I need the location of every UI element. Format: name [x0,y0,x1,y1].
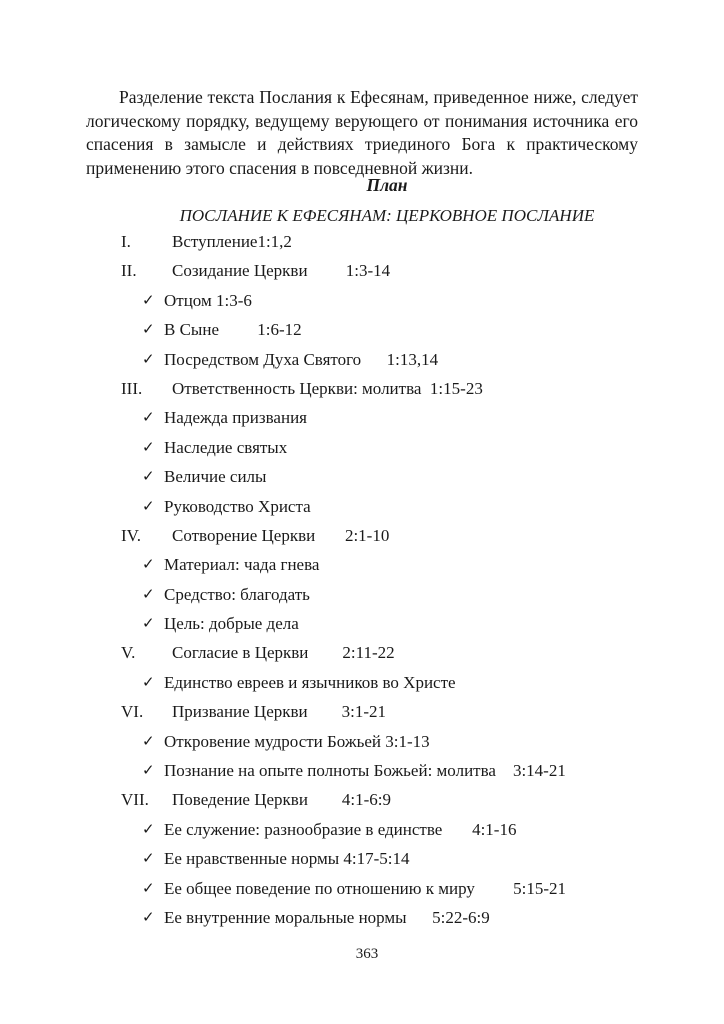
checkmark-icon: ✓ [142,908,155,928]
outline-section: III.Ответственность Церкви: молитва 1:15… [0,379,724,408]
subitem-text: Наследие святых [164,438,287,458]
checkmark-icon: ✓ [142,467,155,487]
outline-subitem: ✓Единство евреев и язычников во Христе [0,673,724,702]
section-title: Призвание Церкви 3:1-21 [172,702,386,722]
outline-subitem: ✓Откровение мудрости Божьей 3:1-13 [0,732,724,761]
checkmark-icon: ✓ [142,879,155,899]
outline-subitem: ✓Ее нравственные нормы 4:17-5:14 [0,849,724,878]
checkmark-icon: ✓ [142,849,155,869]
outline-subitem: ✓Познание на опыте полноты Божьей: молит… [0,761,724,790]
epistle-title: ПОСЛАНИЕ К ЕФЕСЯНАМ: ЦЕРКОВНОЕ ПОСЛАНИЕ [0,206,724,226]
checkmark-icon: ✓ [142,291,155,311]
subitem-text: Величие силы [164,467,266,487]
outline-list: I.Вступление1:1,2II.Созидание Церкви 1:3… [0,232,724,937]
page-number: 363 [0,946,724,963]
outline-subitem: ✓Ее служение: разнообразие в единстве 4:… [0,820,724,849]
subitem-text: Надежда призвания [164,408,307,428]
outline-subitem: ✓Цель: добрые дела [0,614,724,643]
outline-section: VI.Призвание Церкви 3:1-21 [0,702,724,731]
plan-heading: План [0,175,724,196]
outline-subitem: ✓Наследие святых [0,438,724,467]
subitem-text: В Сыне 1:6-12 [164,320,302,340]
section-title: Вступление1:1,2 [172,232,292,252]
subitem-text: Руководство Христа [164,497,311,517]
checkmark-icon: ✓ [142,320,155,340]
outline-section: IV.Сотворение Церкви 2:1-10 [0,526,724,555]
section-numeral: IV. [121,526,141,546]
outline-section: V.Согласие в Церкви 2:11-22 [0,643,724,672]
subitem-text: Ее служение: разнообразие в единстве 4:1… [164,820,516,840]
outline-subitem: ✓Руководство Христа [0,497,724,526]
intro-line: логическому порядку, ведущему верующего … [86,110,638,134]
subitem-text: Единство евреев и язычников во Христе [164,673,456,693]
section-title: Согласие в Церкви 2:11-22 [172,643,395,663]
checkmark-icon: ✓ [142,585,155,605]
checkmark-icon: ✓ [142,820,155,840]
section-title: Созидание Церкви 1:3-14 [172,261,390,281]
intro-line: спасения в замысле и действиях триединог… [86,133,638,157]
checkmark-icon: ✓ [142,732,155,752]
section-numeral: V. [121,643,135,663]
subitem-text: Средство: благодать [164,585,310,605]
outline-subitem: ✓Ее общее поведение по отношению к миру … [0,879,724,908]
subitem-text: Отцом 1:3-6 [164,291,252,311]
subitem-text: Ее внутренние моральные нормы 5:22-6:9 [164,908,490,928]
subitem-text: Ее нравственные нормы 4:17-5:14 [164,849,410,869]
section-title: Ответственность Церкви: молитва 1:15-23 [172,379,483,399]
outline-subitem: ✓Материал: чада гнева [0,555,724,584]
outline-subitem: ✓Посредством Духа Святого 1:13,14 [0,350,724,379]
checkmark-icon: ✓ [142,350,155,370]
section-title: Сотворение Церкви 2:1-10 [172,526,389,546]
outline-subitem: ✓В Сыне 1:6-12 [0,320,724,349]
subitem-text: Цель: добрые дела [164,614,299,634]
intro-paragraph: Разделение текста Послания к Ефесянам, п… [86,86,638,180]
section-numeral: II. [121,261,137,281]
outline-subitem: ✓Средство: благодать [0,585,724,614]
outline-subitem: ✓Величие силы [0,467,724,496]
section-numeral: VI. [121,702,143,722]
outline-subitem: ✓Отцом 1:3-6 [0,291,724,320]
subitem-text: Ее общее поведение по отношению к миру 5… [164,879,566,899]
outline-section: I.Вступление1:1,2 [0,232,724,261]
checkmark-icon: ✓ [142,408,155,428]
subitem-text: Откровение мудрости Божьей 3:1-13 [164,732,430,752]
checkmark-icon: ✓ [142,614,155,634]
section-numeral: I. [121,232,131,252]
outline-subitem: ✓Надежда призвания [0,408,724,437]
checkmark-icon: ✓ [142,761,155,781]
checkmark-icon: ✓ [142,555,155,575]
checkmark-icon: ✓ [142,673,155,693]
checkmark-icon: ✓ [142,497,155,517]
subitem-text: Посредством Духа Святого 1:13,14 [164,350,438,370]
document-page: Разделение текста Послания к Ефесянам, п… [0,0,724,1024]
intro-line: Разделение текста Послания к Ефесянам, п… [86,86,638,110]
outline-section: VII.Поведение Церкви 4:1-6:9 [0,790,724,819]
outline-subitem: ✓Ее внутренние моральные нормы 5:22-6:9 [0,908,724,937]
checkmark-icon: ✓ [142,438,155,458]
outline-section: II.Созидание Церкви 1:3-14 [0,261,724,290]
subitem-text: Познание на опыте полноты Божьей: молитв… [164,761,566,781]
section-numeral: VII. [121,790,149,810]
section-numeral: III. [121,379,142,399]
subitem-text: Материал: чада гнева [164,555,319,575]
section-title: Поведение Церкви 4:1-6:9 [172,790,391,810]
